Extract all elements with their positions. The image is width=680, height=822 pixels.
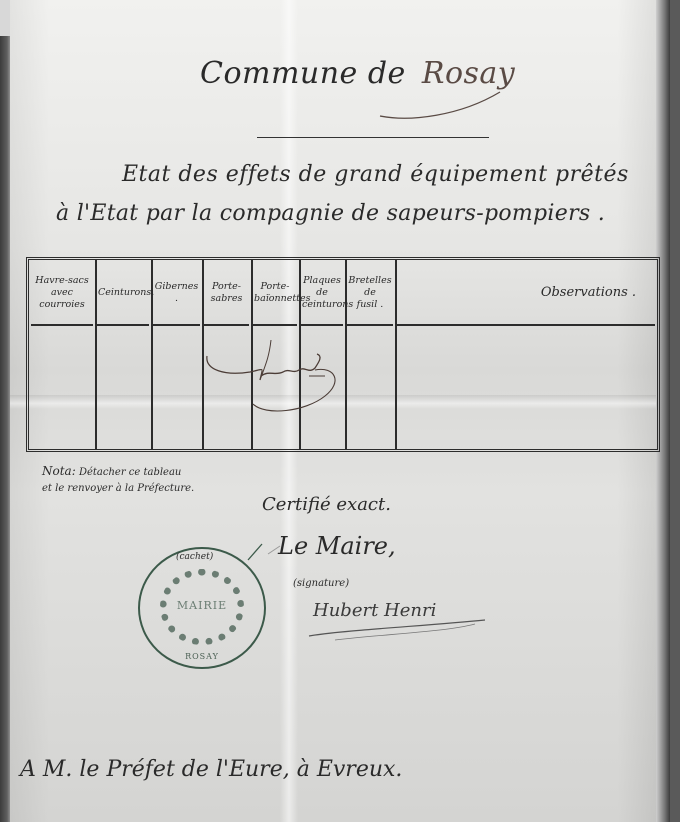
header-line: ceinturons	[302, 299, 342, 311]
svg-text:Hubert Henri: Hubert Henri	[312, 600, 436, 621]
header-line: courroies	[32, 299, 92, 311]
signature-label: (signature)	[293, 578, 349, 589]
column-header: Porte- sabres	[205, 264, 248, 322]
seal-center-text: MAIRIE	[140, 599, 264, 612]
column-header: Ceinturons.	[98, 264, 148, 322]
table-cell[interactable]	[151, 326, 202, 449]
column-bretelles: Bretelles de fusil .	[345, 260, 397, 449]
table-cell[interactable]	[29, 326, 95, 449]
title-line-2: à l'Etat par la compagnie de sapeurs-pom…	[56, 201, 605, 226]
nota-line-1: Détacher ce tableau	[79, 467, 181, 478]
table-cell[interactable]	[345, 326, 395, 449]
column-gibernes: Gibernes .	[151, 260, 204, 449]
seal-cachet-label: (cachet)	[176, 552, 213, 562]
column-header: Gibernes .	[154, 264, 199, 322]
commune-flourish-icon	[370, 76, 510, 126]
column-havre-sacs: Havre-sacs avec courroies	[29, 260, 97, 449]
certifie-exact: Certifié exact.	[262, 494, 391, 515]
seal-bottom-text: ROSAY	[140, 652, 264, 661]
header-line: Ceinturons.	[98, 287, 148, 299]
header-line: avec	[32, 287, 92, 299]
column-header: Havre-sacs avec courroies	[32, 264, 92, 322]
header-line: Observations .	[398, 287, 636, 299]
header-line: sabres	[205, 293, 248, 305]
header-line: Bretelles	[348, 275, 392, 287]
column-header: Porte- baïonnettes	[254, 264, 296, 322]
header-line: fusil .	[348, 299, 392, 311]
title-rule	[257, 137, 489, 138]
nota-label: Nota:	[42, 464, 76, 478]
column-ceinturons: Ceinturons.	[95, 260, 153, 449]
document-page: Commune de Rosay Etat des effets de gran…	[10, 0, 670, 822]
header-line: Plaques	[302, 275, 342, 287]
header-line: de	[348, 287, 392, 299]
recipient-address: A M. le Préfet de l'Eure, à Evreux.	[20, 757, 402, 782]
header-line: Porte-	[254, 281, 296, 293]
nota-block: Nota: Détacher ce tableau et le renvoyer…	[42, 463, 194, 497]
mayor-signature-icon: Hubert Henri	[305, 590, 505, 646]
column-header: Plaques de ceinturons	[302, 264, 342, 322]
mairie-seal: (cachet) MAIRIE ROSAY	[138, 547, 266, 669]
nota-line-2: et le renvoyer à la Préfecture.	[42, 481, 194, 497]
table-cell[interactable]	[395, 326, 657, 449]
header-line: Havre-sacs	[32, 275, 92, 287]
le-maire: Le Maire,	[278, 532, 396, 560]
title-line-1: Etat des effets de grand équipement prêt…	[122, 162, 629, 187]
table-cell[interactable]	[95, 326, 151, 449]
header-line: baïonnettes	[254, 293, 296, 305]
column-observations: Observations .	[395, 260, 657, 449]
neant-handwritten-mark-icon	[205, 336, 350, 416]
header-line: de	[302, 287, 342, 299]
column-header: Bretelles de fusil .	[348, 264, 392, 322]
header-line: Gibernes .	[154, 281, 199, 305]
column-header: Observations .	[398, 264, 654, 322]
header-line: Porte-	[205, 281, 248, 293]
